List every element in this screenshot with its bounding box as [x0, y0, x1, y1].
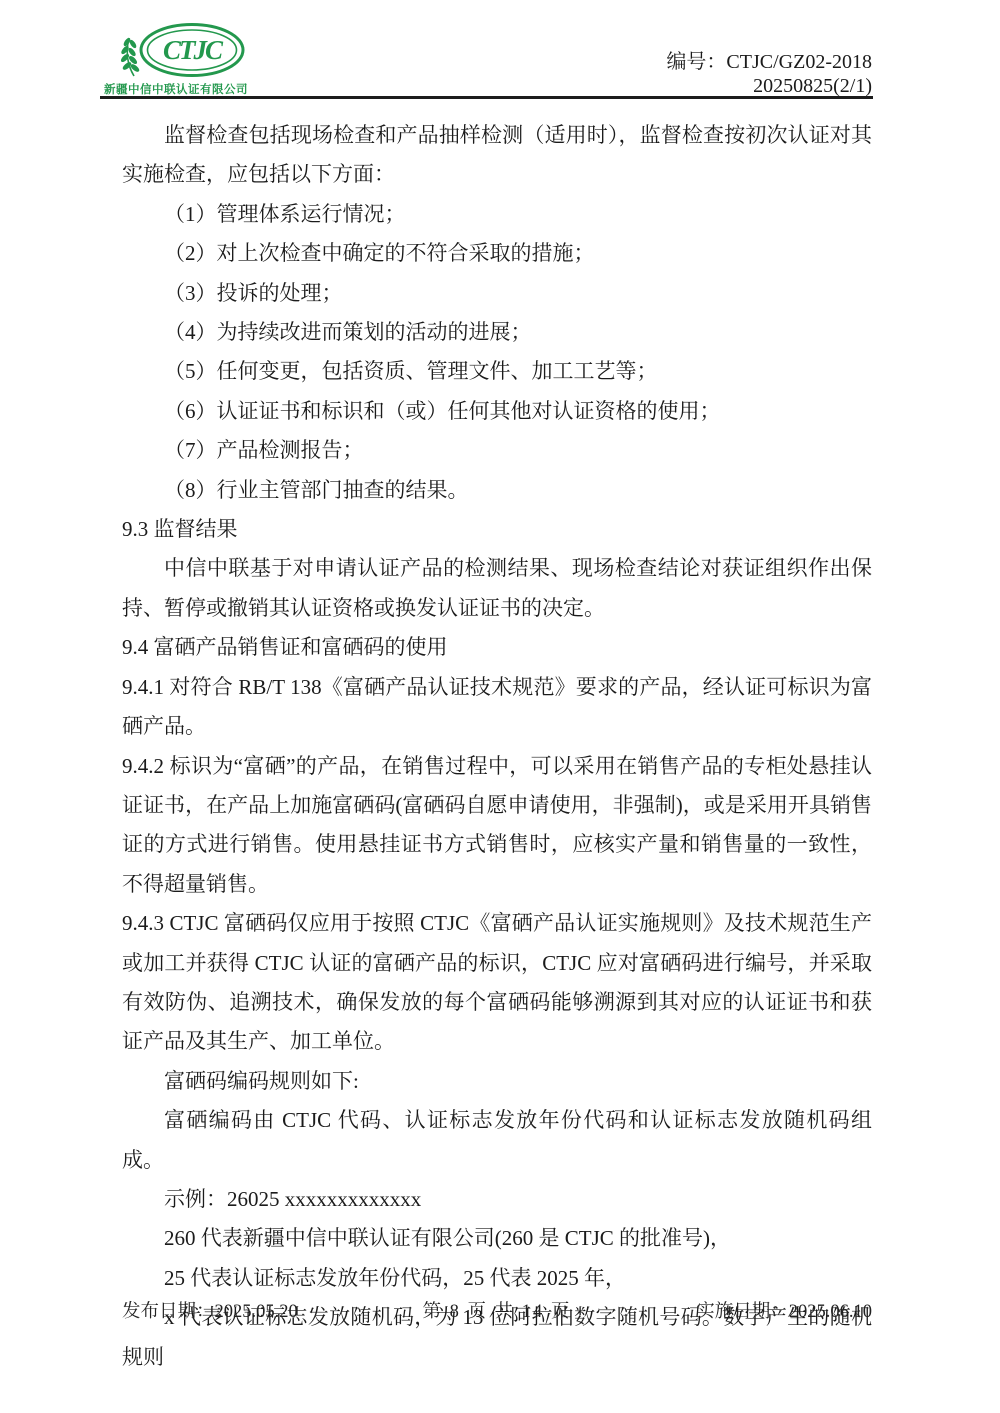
list-item-8: （8）行业主管部门抽查的结果。 [122, 471, 872, 510]
doc-version: 20250825(2/1) [666, 74, 872, 98]
coding-rule-25: 25 代表认证标志发放年份代码，25 代表 2025 年， [122, 1259, 872, 1298]
clause-9-4-1: 9.4.1 对符合 RB/T 138《富硒产品认证技术规范》要求的产品，经认证可… [122, 668, 872, 747]
list-item-1: （1）管理体系运行情况； [122, 195, 872, 234]
page-footer: 发布日期：2025.05.20 第 8 页 共 14 页 实施日期：2025.0… [122, 1297, 872, 1323]
document-body: 监督检查包括现场检查和产品抽样检测（适用时），监督检查按初次认证对其实施检查，应… [122, 116, 872, 1377]
header-divider-rule [100, 96, 873, 99]
page-number: 第 8 页 共 14 页 [423, 1297, 572, 1323]
coding-rule-intro: 富硒码编码规则如下: [122, 1062, 872, 1101]
logo-acronym: CTJC [163, 35, 224, 65]
coding-rule-260: 260 代表新疆中信中联认证有限公司(260 是 CTJC 的批准号)， [122, 1219, 872, 1258]
company-name: 新疆中信中联认证有限公司 [104, 81, 254, 97]
list-item-5: （5）任何变更，包括资质、管理文件、加工工艺等； [122, 352, 872, 391]
list-item-4: （4）为持续改进而策划的活动的进展； [122, 313, 872, 352]
list-item-6: （6）认证证书和标识和（或）任何其他对认证资格的使用； [122, 392, 872, 431]
coding-rule-composition: 富硒编码由 CTJC 代码、认证标志发放年份代码和认证标志发放随机码组成。 [122, 1101, 872, 1180]
ctjc-logo-icon: CTJC [112, 22, 246, 80]
section-9-4-heading: 9.4 富硒产品销售证和富硒码的使用 [122, 628, 872, 667]
doc-number: 编号：CTJC/GZ02-2018 [666, 50, 872, 74]
wheat-icon [120, 38, 139, 76]
section-9-3-paragraph: 中信中联基于对申请认证产品的检测结果、现场检查结论对获证组织作出保持、暂停或撤销… [122, 549, 872, 628]
coding-rule-example: 示例：26025 xxxxxxxxxxxxx [122, 1180, 872, 1219]
list-item-2: （2）对上次检查中确定的不符合采取的措施； [122, 234, 872, 273]
company-logo: CTJC 新疆中信中联认证有限公司 [104, 22, 254, 97]
implementation-date: 实施日期：2025.06.10 [696, 1297, 872, 1323]
list-item-3: （3）投诉的处理； [122, 274, 872, 313]
section-9-3-heading: 9.3 监督结果 [122, 510, 872, 549]
intro-paragraph: 监督检查包括现场检查和产品抽样检测（适用时），监督检查按初次认证对其实施检查，应… [122, 116, 872, 195]
issue-date: 发布日期：2025.05.20 [122, 1297, 298, 1323]
page-header: CTJC 新疆中信中联认证有限公司 编号：CTJC/GZ02-2018 2025… [0, 0, 1000, 98]
list-item-7: （7）产品检测报告； [122, 431, 872, 470]
document-page: CTJC 新疆中信中联认证有限公司 编号：CTJC/GZ02-2018 2025… [0, 0, 1000, 1413]
clause-9-4-3: 9.4.3 CTJC 富硒码仅应用于按照 CTJC《富硒产品认证实施规则》及技术… [122, 904, 872, 1062]
doc-number-block: 编号：CTJC/GZ02-2018 20250825(2/1) [666, 50, 872, 98]
clause-9-4-2: 9.4.2 标识为“富硒”的产品，在销售过程中，可以采用在销售产品的专柜处悬挂认… [122, 747, 872, 905]
